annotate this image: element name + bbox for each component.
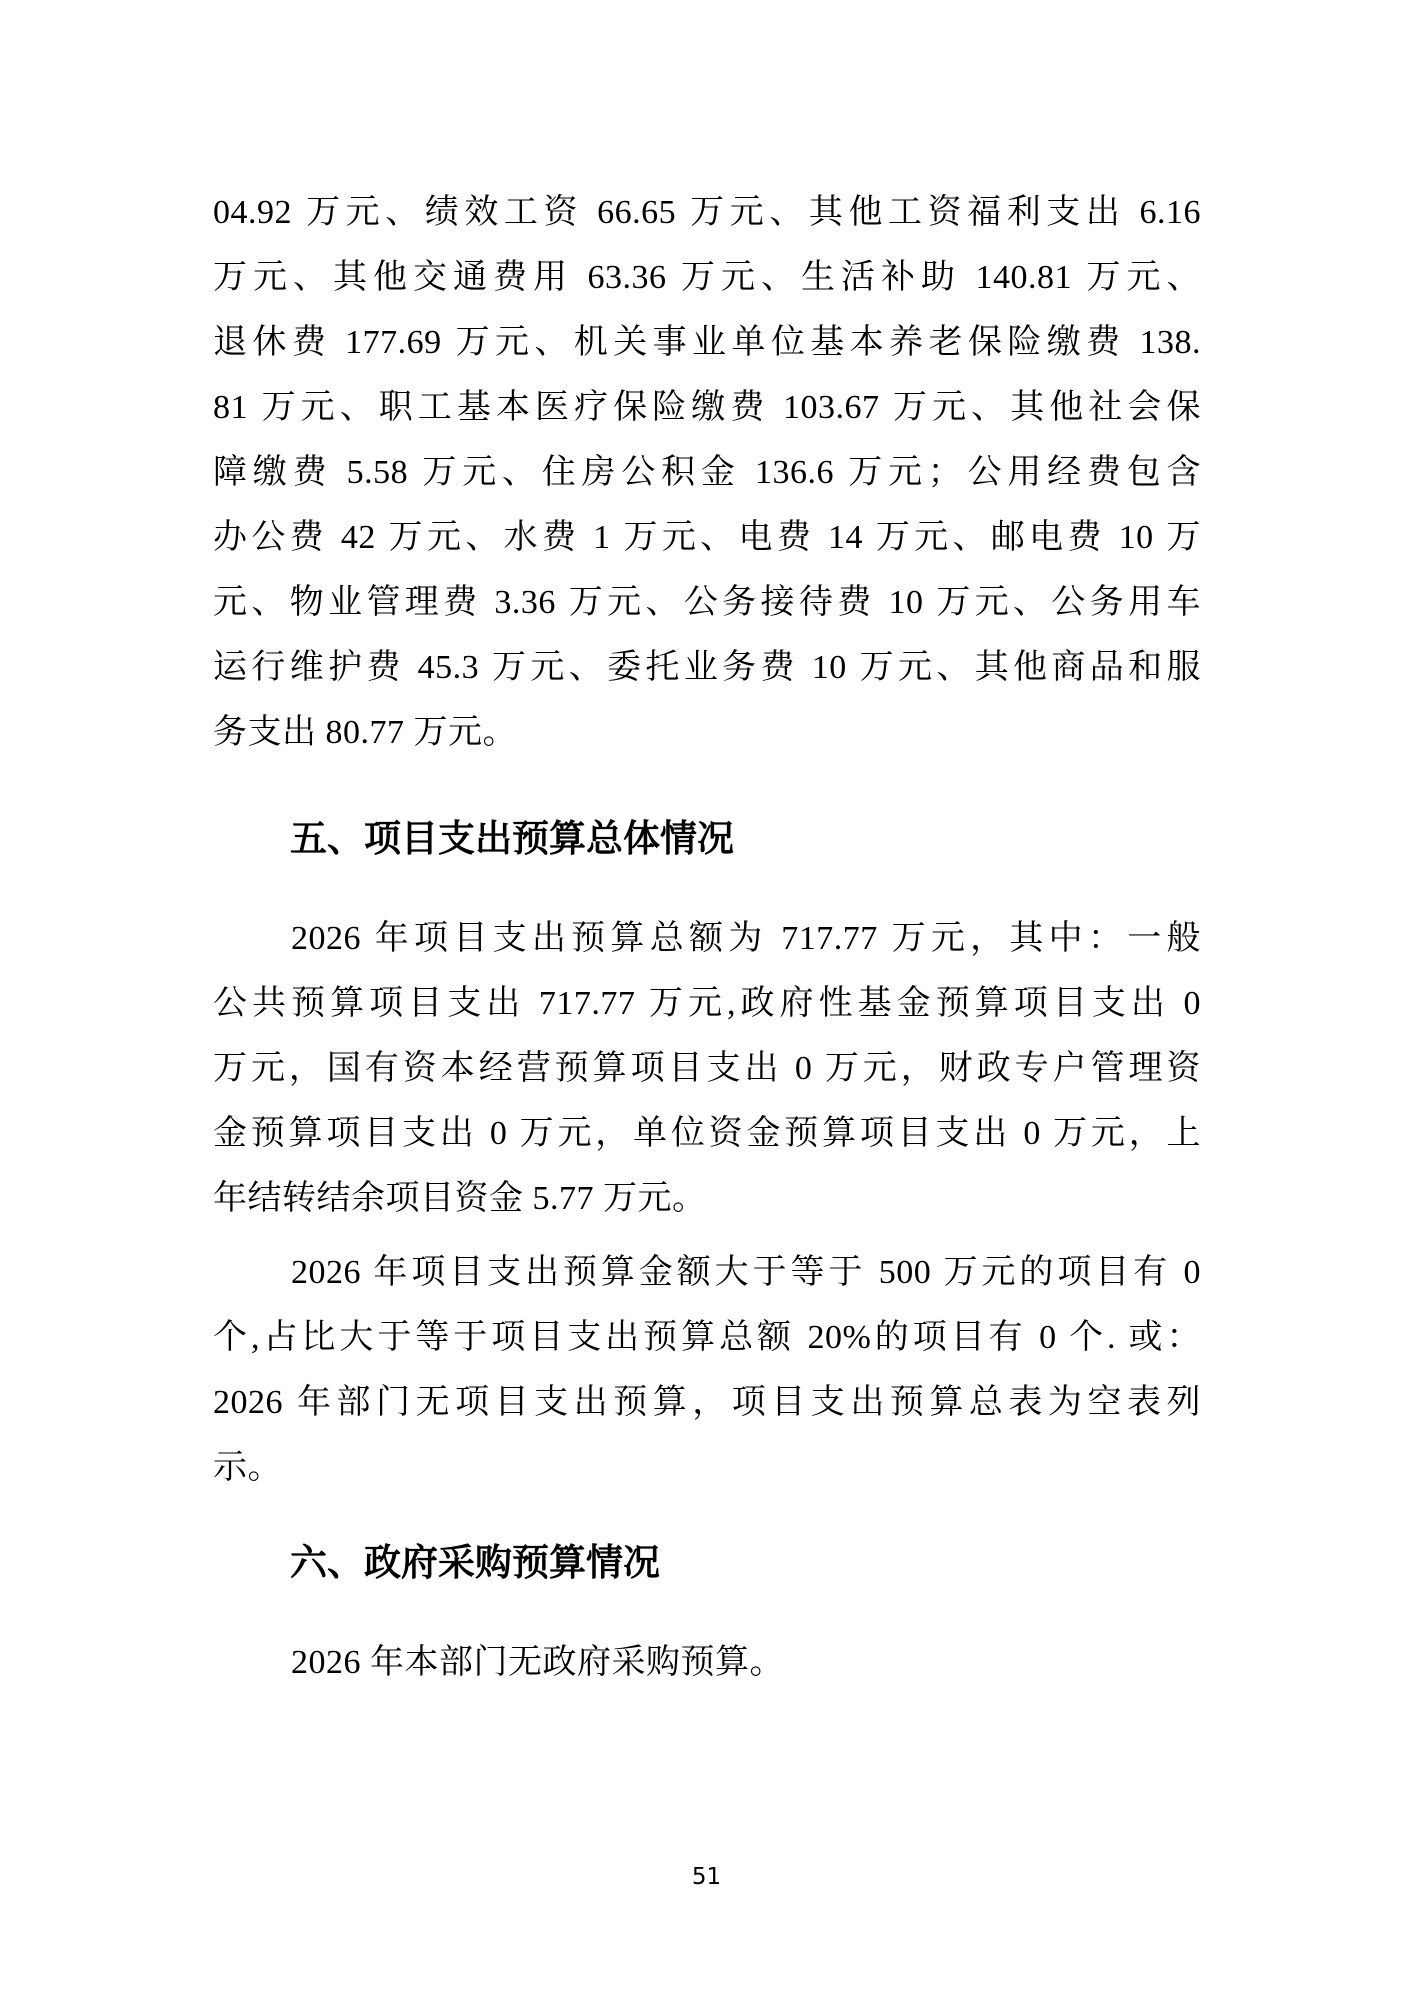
text-line: 办公费 42 万元、水费 1 万元、电费 14 万元、邮电费 10 万 xyxy=(213,505,1201,570)
text-line: 万元，国有资本经营预算项目支出 0 万元，财政专户管理资 xyxy=(213,1036,1201,1101)
text-line: 万元、其他交通费用 63.36 万元、生活补助 140.81 万元、 xyxy=(213,245,1201,310)
paragraph-procurement-note: 2026 年本部门无政府采购预算。 xyxy=(213,1630,1201,1695)
section-heading-project-expenditure: 五、项目支出预算总体情况 xyxy=(213,806,1201,872)
text-line: 金预算项目支出 0 万元，单位资金预算项目支出 0 万元，上 xyxy=(213,1101,1201,1166)
document-page: 04.92 万元、绩效工资 66.65 万元、其他工资福利支出 6.16 万元、… xyxy=(0,0,1413,2000)
text-line: 2026 年项目支出预算金额大于等于 500 万元的项目有 0 xyxy=(213,1240,1201,1305)
text-line: 81 万元、职工基本医疗保险缴费 103.67 万元、其他社会保 xyxy=(213,375,1201,440)
text-line: 元、物业管理费 3.36 万元、公务接待费 10 万元、公务用车 xyxy=(213,570,1201,635)
text-line: 年结转结余项目资金 5.77 万元。 xyxy=(213,1166,1201,1231)
text-line: 个,占比大于等于项目支出预算总额 20%的项目有 0 个. 或： xyxy=(213,1305,1201,1370)
paragraph-project-expenditure-total: 2026 年项目支出预算总额为 717.77 万元，其中：一般 公共预算项目支出… xyxy=(213,906,1201,1231)
page-number: 51 xyxy=(0,1862,1413,1892)
text-line: 2026 年项目支出预算总额为 717.77 万元，其中：一般 xyxy=(213,906,1201,971)
text-line: 04.92 万元、绩效工资 66.65 万元、其他工资福利支出 6.16 xyxy=(213,180,1201,245)
text-line: 公共预算项目支出 717.77 万元,政府性基金预算项目支出 0 xyxy=(213,971,1201,1036)
text-line: 务支出 80.77 万元。 xyxy=(213,700,1201,765)
text-line: 2026 年部门无项目支出预算，项目支出预算总表为空表列 xyxy=(213,1370,1201,1435)
paragraph-project-count: 2026 年项目支出预算金额大于等于 500 万元的项目有 0 个,占比大于等于… xyxy=(213,1240,1201,1500)
text-line: 2026 年本部门无政府采购预算。 xyxy=(213,1630,1201,1695)
text-line: 退休费 177.69 万元、机关事业单位基本养老保险缴费 138. xyxy=(213,310,1201,375)
text-line: 障缴费 5.58 万元、住房公积金 136.6 万元；公用经费包含 xyxy=(213,440,1201,505)
section-heading-government-procurement: 六、政府采购预算情况 xyxy=(213,1530,1201,1596)
text-line: 示。 xyxy=(213,1435,1201,1500)
text-line: 运行维护费 45.3 万元、委托业务费 10 万元、其他商品和服 xyxy=(213,635,1201,700)
paragraph-budget-breakdown: 04.92 万元、绩效工资 66.65 万元、其他工资福利支出 6.16 万元、… xyxy=(213,180,1201,765)
